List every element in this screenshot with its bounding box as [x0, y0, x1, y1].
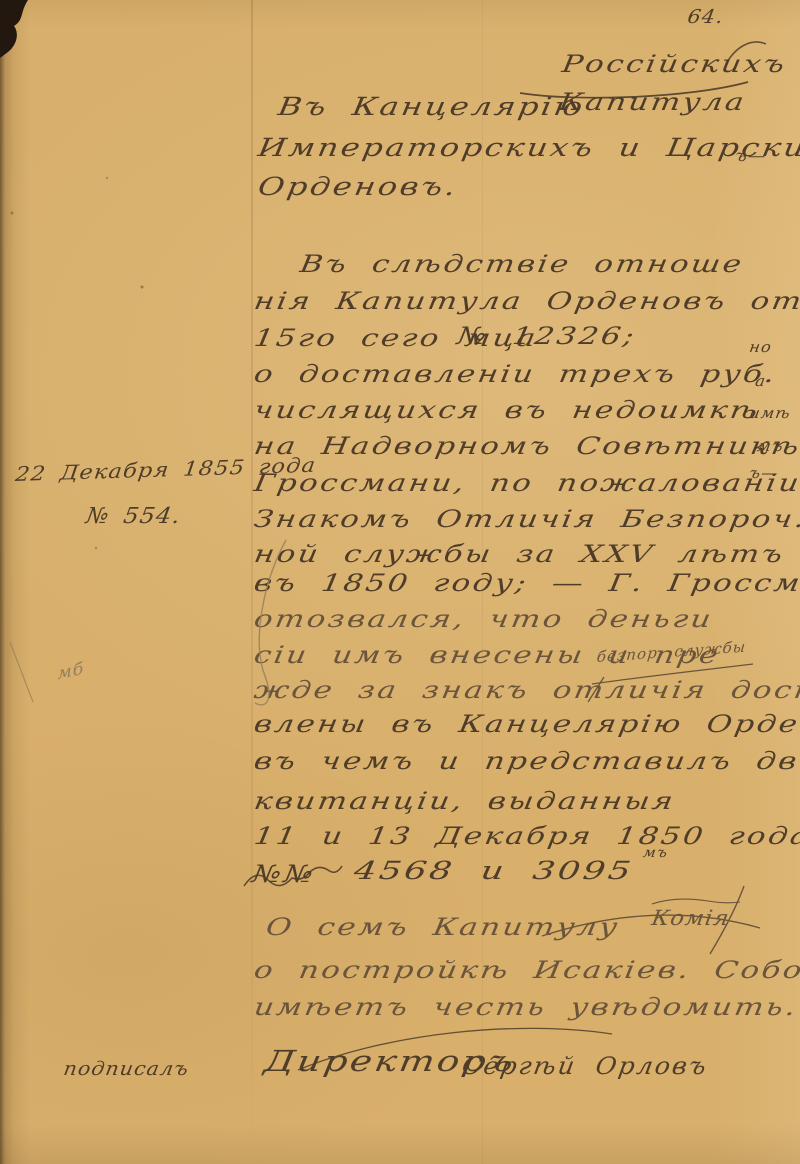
signature-prefix: подписалъ: [62, 1058, 191, 1080]
body-line: влены въ Канцелярію Орденовъ: [252, 710, 800, 738]
receipt-superscript: мъ: [642, 845, 669, 861]
scan-corner-shadow: [0, 0, 28, 58]
heading-addressee-line3: Орденовъ.: [256, 172, 460, 201]
body-line: на Надворномъ Совѣтникѣ: [252, 432, 800, 460]
closing-line-left: О семъ Капитулу: [264, 913, 622, 941]
receipt-nn: №№: [250, 860, 318, 888]
margin-superscript: имѣ: [748, 404, 792, 422]
margin-superscript: но: [748, 338, 773, 356]
body-line: отозвался, что деньги: [252, 605, 715, 633]
ink-dot: [141, 286, 144, 289]
body-line: въ 1850 году; — Г. Гроссманъ: [252, 569, 800, 597]
margin-superscript: мъ: [756, 437, 785, 455]
abbreviation-overline: [652, 899, 740, 904]
body-line: числящихся въ недоимкѣ: [252, 396, 762, 424]
receipt-numbers: 4568 и 3095: [352, 856, 636, 885]
heading-addressee-line2: Императорскихъ и Царскихъ: [256, 133, 800, 162]
margin-pencil-note: мб: [57, 659, 85, 684]
heading-inserted-word: Россійскихъ: [560, 50, 789, 78]
manuscript-page: 64. Россійскихъ Капитула Въ Канцелярію И…: [0, 0, 800, 1164]
body-reference-number: № 12326;: [455, 322, 638, 350]
ink-dot: [95, 547, 98, 550]
pencil-edge-stroke: [10, 642, 33, 702]
body-line: 11 и 13 Декабря 1850 года за: [252, 822, 800, 850]
fold-crease: [251, 0, 253, 1164]
margin-superscript: ъ—: [748, 464, 780, 482]
ink-dot: [106, 177, 108, 179]
body-line: Знакомъ Отличія Безпороч.: [252, 505, 800, 533]
body-line: имѣетъ честь увѣдомить.: [252, 993, 800, 1021]
body-line: о постройкѣ Исакіев. Собора: [252, 956, 800, 984]
body-line: квитанціи, выданныя: [252, 787, 677, 815]
body-line: нія Капитула Орденовъ отъ: [252, 287, 800, 315]
folio-number: 64.: [686, 6, 725, 28]
margin-number: № 554.: [84, 504, 183, 529]
body-line: Въ слѣдствіе отноше: [298, 250, 746, 278]
body-line: жде за знакъ отличія доста: [252, 676, 800, 704]
body-line: въ чемъ и представилъ двѣ: [252, 747, 800, 775]
ink-dot: [11, 212, 14, 215]
body-line: ной службы за XXV лѣтъ: [252, 540, 787, 568]
body-line: о доставленіи трехъ руб.: [252, 360, 779, 388]
body-line: Гроссмани, по пожалованіи: [252, 469, 800, 497]
heading-addressee-line1: Въ Канцелярію: [276, 92, 587, 121]
heading-line2-tail: ъ—: [734, 146, 768, 165]
signature-name: Сергѣй Орловъ: [460, 1052, 710, 1080]
closing-line-right: Комія: [650, 906, 731, 930]
